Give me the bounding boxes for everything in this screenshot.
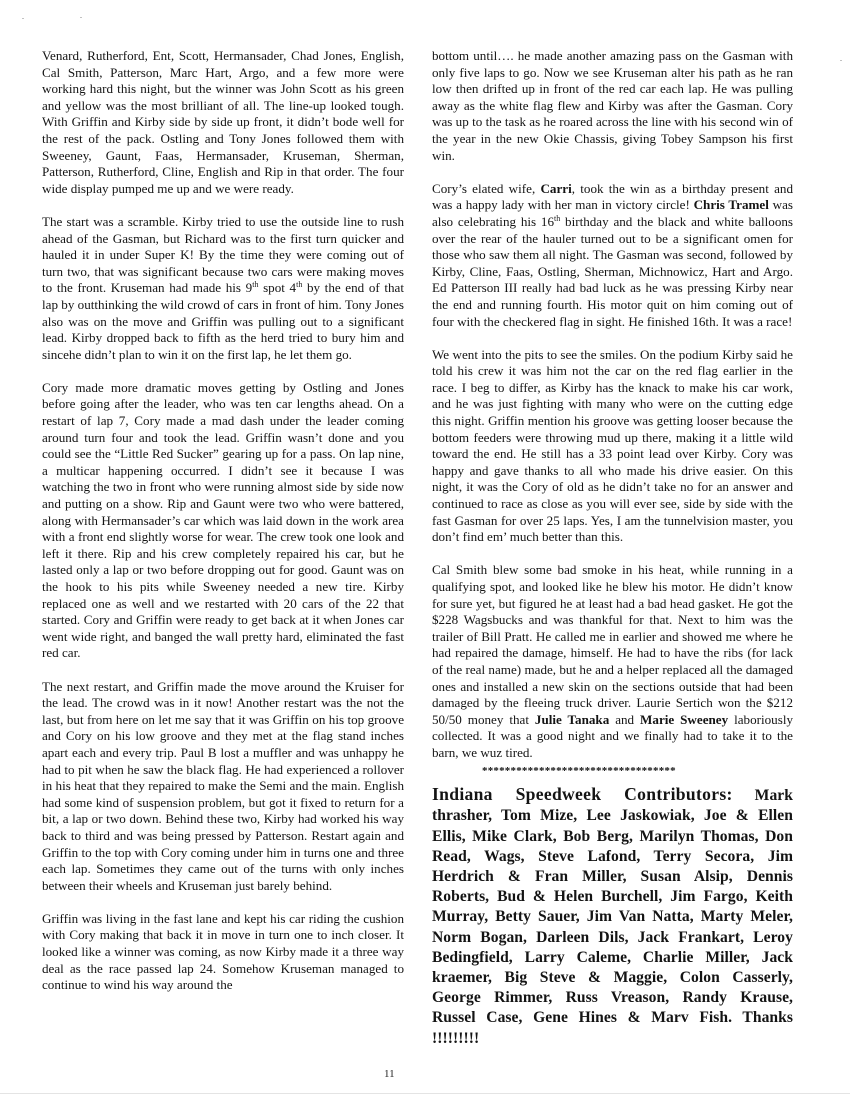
contributors-heading: Indiana Speedweek Contributors: — [432, 784, 733, 804]
name-julie-tanaka: Julie Tanaka — [535, 712, 609, 727]
contributors-list: Mark thrasher, Tom Mize, Lee Jaskowiak, … — [432, 787, 793, 1046]
name-chris-tramel: Chris Tramel — [694, 197, 769, 212]
paragraph-final-laps: bottom until…. he made another amazing p… — [432, 48, 793, 164]
asterisk-separator: ********************************** — [432, 764, 793, 778]
scan-bottom-edge — [0, 1093, 850, 1094]
newsletter-page: Venard, Rutherford, Ent, Scott, Hermansa… — [0, 0, 850, 1100]
page-number: 11 — [384, 1068, 395, 1080]
left-column: Venard, Rutherford, Ent, Scott, Hermansa… — [42, 48, 404, 1010]
scan-speck — [840, 60, 842, 61]
paragraph-restart-lap7: Cory made more dramatic moves getting by… — [42, 380, 404, 662]
scan-speck — [22, 18, 24, 19]
paragraph-pits: We went into the pits to see the smiles.… — [432, 347, 793, 546]
contributors-block: Indiana Speedweek Contributors: Mark thr… — [432, 784, 793, 1049]
scan-speck — [80, 17, 82, 18]
paragraph-victory-circle: Cory’s elated wife, Carri, took the win … — [432, 181, 793, 330]
name-carri: Carri — [540, 181, 571, 196]
paragraph-next-restart: The next restart, and Griffin made the m… — [42, 679, 404, 895]
right-column: bottom until…. he made another amazing p… — [432, 48, 793, 1049]
paragraph-fast-lane: Griffin was living in the fast lane and … — [42, 911, 404, 994]
paragraph-start: The start was a scramble. Kirby tried to… — [42, 214, 404, 363]
paragraph-cal-smith: Cal Smith blew some bad smoke in his hea… — [432, 562, 793, 761]
name-marie-sweeney: Marie Sweeney — [640, 712, 728, 727]
paragraph-lineup: Venard, Rutherford, Ent, Scott, Hermansa… — [42, 48, 404, 197]
